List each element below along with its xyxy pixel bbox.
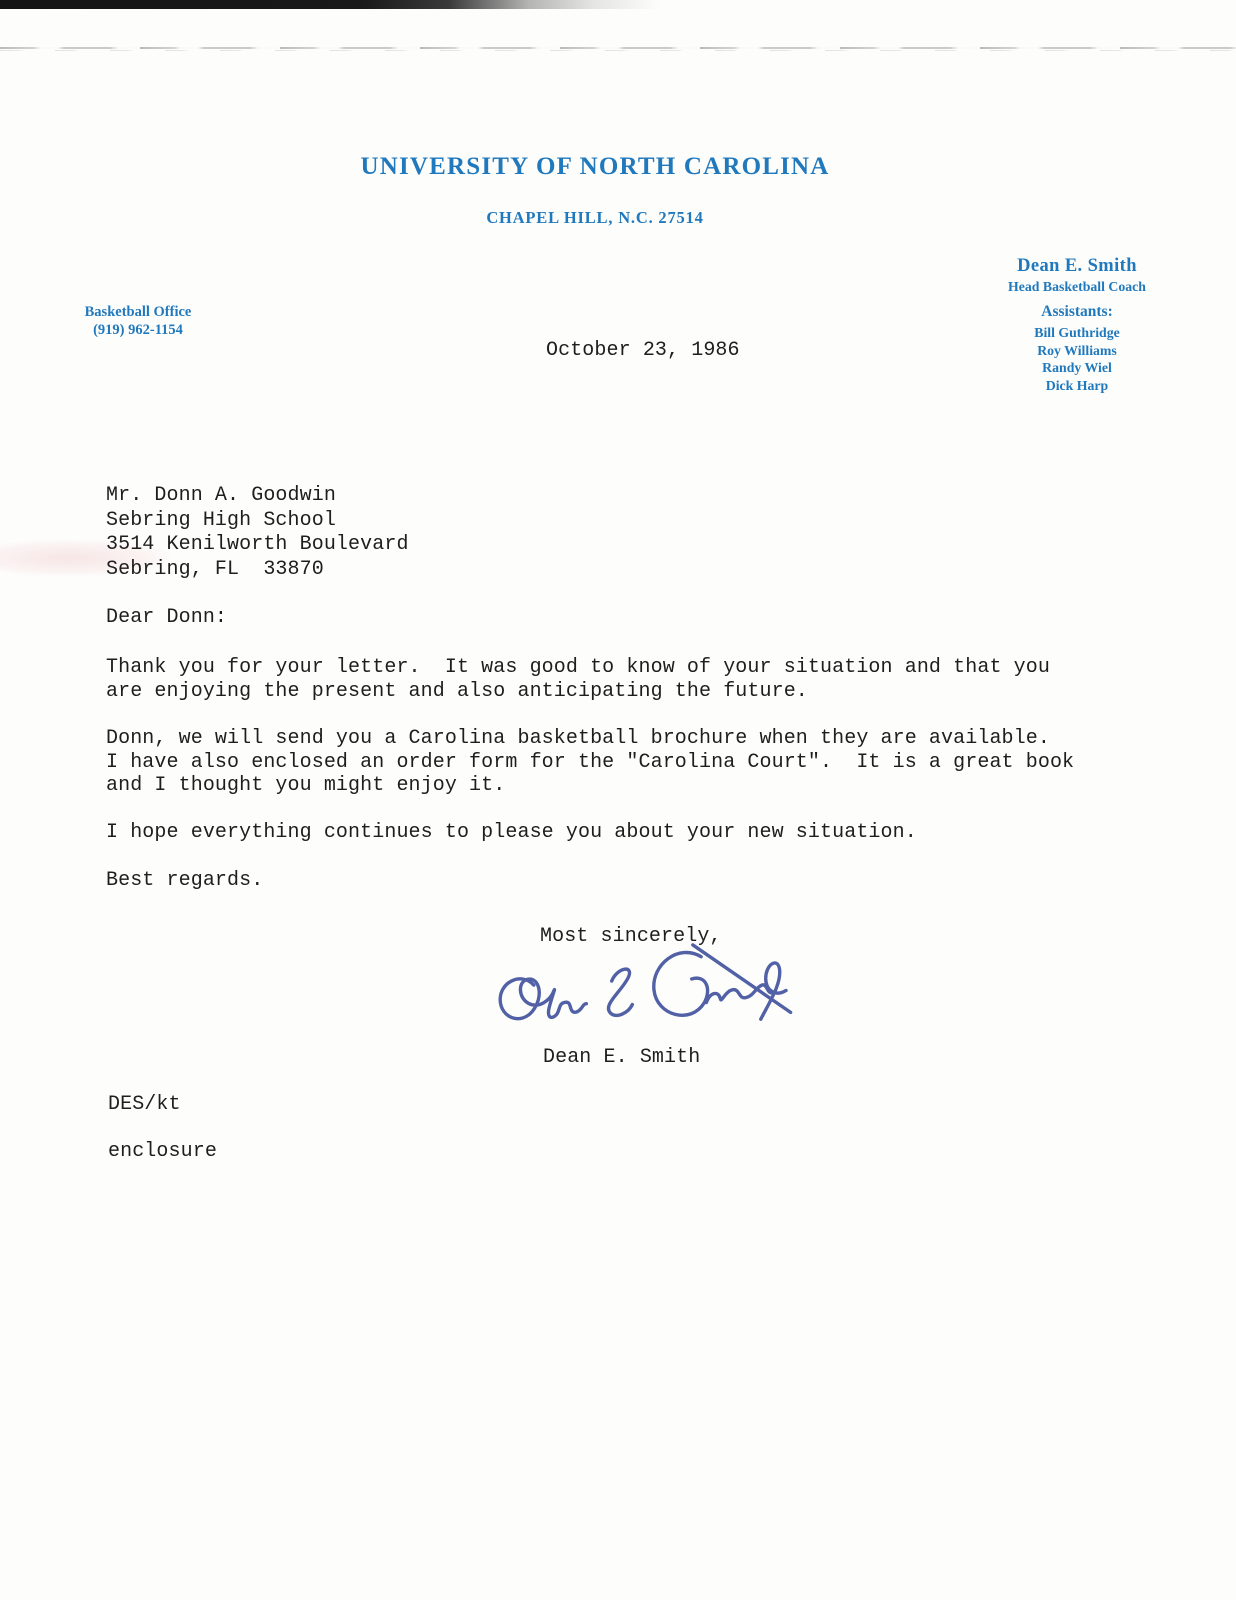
date-line: October 23, 1986 [546,339,740,362]
office-name: Basketball Office [48,304,228,322]
letterhead-location-line: CHAPEL HILL, N.C. 27514 [0,208,1190,228]
assistant-name: Bill Guthridge [947,324,1207,342]
recipient-address: Mr. Donn A. Goodwin Sebring High School … [106,484,409,582]
salutation: Dear Donn: [106,606,227,629]
regards-line: Best regards. [106,869,263,892]
body-paragraph: Thank you for your letter. It was good t… [106,656,1050,703]
assistant-name: Randy Wiel [947,359,1207,377]
body-paragraph: Donn, we will send you a Carolina basket… [106,727,1074,798]
enclosure-note: enclosure [108,1140,217,1163]
typist-initials: DES/kt [108,1093,181,1116]
scan-artifact-fold-line [0,47,1236,49]
assistant-name: Dick Harp [947,377,1207,395]
assistant-name: Roy Williams [947,342,1207,360]
letterhead-office-block: Basketball Office (919) 962-1154 [48,304,228,339]
coach-title: Head Basketball Coach [947,279,1207,295]
coach-name: Dean E. Smith [947,256,1207,277]
letterhead-coach-block: Dean E. Smith Head Basketball Coach [947,256,1207,295]
letter-page: UNIVERSITY OF NORTH CAROLINA CHAPEL HILL… [0,0,1236,1600]
signature-image [493,938,811,1044]
body-paragraph: I hope everything continues to please yo… [106,821,917,844]
scan-artifact-fold-line-2 [0,50,1236,51]
letterhead-assistants-block: Assistants: Bill Guthridge Roy Williams … [947,303,1207,394]
scan-artifact-top-bar [0,0,660,9]
letterhead-university-name: UNIVERSITY OF NORTH CAROLINA [0,153,1190,181]
assistants-label: Assistants: [947,303,1207,321]
signed-name: Dean E. Smith [543,1046,700,1069]
office-phone: (919) 962-1154 [48,322,228,340]
